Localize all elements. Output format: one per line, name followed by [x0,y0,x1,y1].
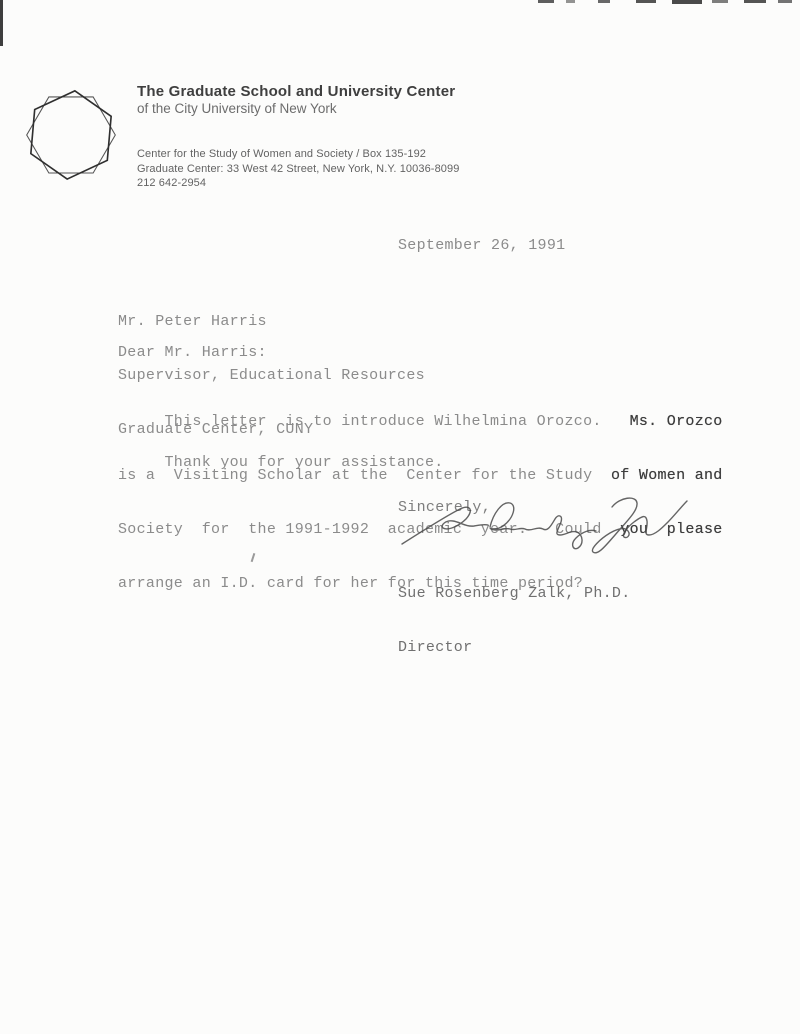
scan-edge-artifact-top [636,0,656,3]
scan-edge-artifact-top [598,0,610,3]
typed-title: Director [398,639,631,657]
letter-date: September 26, 1991 [398,237,565,255]
scan-edge-artifact-left [0,0,3,46]
salutation: Dear Mr. Harris: [118,344,267,362]
thanks-line: Thank you for your assistance. [118,454,444,472]
scan-edge-artifact-top [712,0,728,3]
body-text: Ms. Orozco [620,413,722,430]
cuny-hexagons-logo-icon [18,82,124,191]
body-text: of Women and [602,467,723,484]
scan-edge-artifact-top [778,0,792,3]
scanned-letter-page: The Graduate School and University Cente… [0,0,800,1034]
letterhead-dept-line: Center for the Study of Women and Societ… [137,147,459,162]
scan-edge-artifact-top [672,0,702,4]
body-line: This letter is to introduce Wilhelmina O… [118,413,723,431]
letterhead-address-line: Graduate Center: 33 West 42 Street, New … [137,162,459,177]
scan-edge-artifact-top [566,0,575,3]
recipient-name: Mr. Peter Harris [118,313,425,331]
letterhead-address-block: Center for the Study of Women and Societ… [137,147,459,191]
body-text: This letter is to introduce Wilhelmina O… [118,413,620,430]
signature-typed-block: Sue Rosenberg Zalk, Ph.D. Director [398,549,631,693]
scan-edge-artifact-top [744,0,766,3]
typed-name: Sue Rosenberg Zalk, Ph.D. [398,585,631,603]
letterhead-phone-line: 212 642-2954 [137,176,459,191]
org-subtitle: of the City University of New York [137,101,337,116]
scan-edge-artifact-top [538,0,554,3]
org-name: The Graduate School and University Cente… [137,83,455,100]
